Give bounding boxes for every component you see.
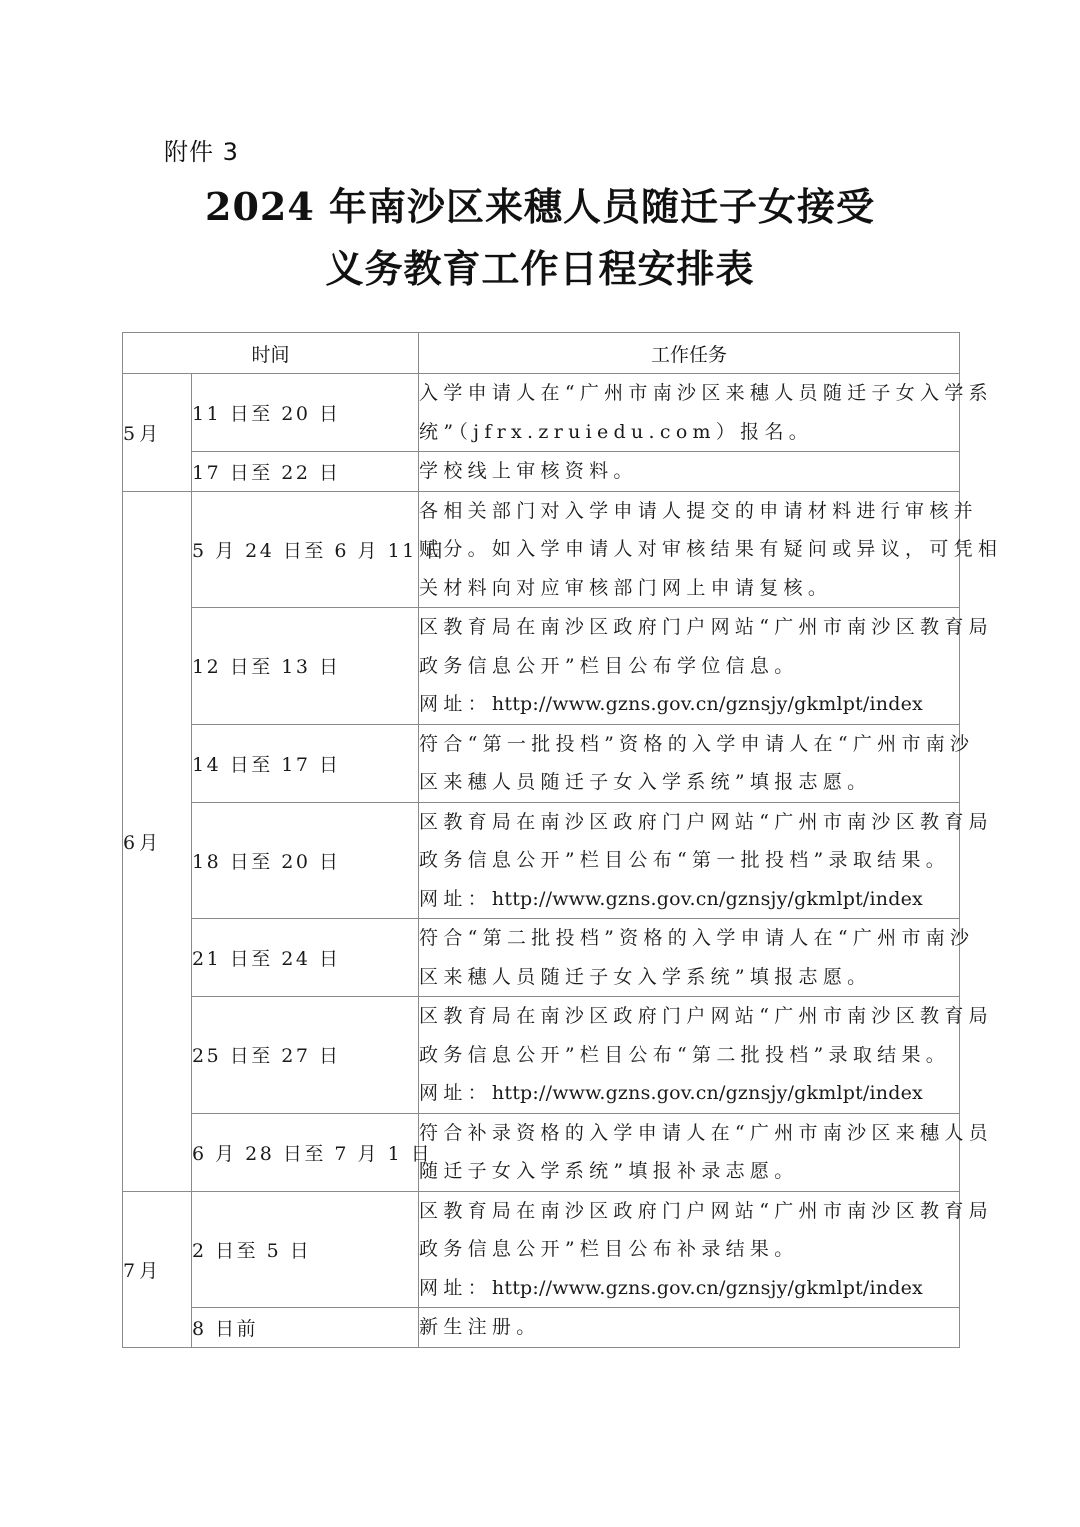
- table-row: 14 日至 17 日 符合“第一批投档”资格的入学申请人在“广州市南沙 区来穗人…: [123, 724, 960, 802]
- date-cell: 25 日至 27 日: [192, 997, 419, 1114]
- url-link[interactable]: http://www.gzns.gov.cn/gznsjy/gkmlpt/ind…: [492, 693, 923, 715]
- url-label: 网址：: [419, 888, 492, 910]
- url-label: 网址：: [419, 1082, 492, 1104]
- task-line: 符合补录资格的入学申请人在“广州市南沙区来穗人员: [419, 1114, 959, 1153]
- task-line: 统”（jfrx.zruiedu.com）报名。: [419, 413, 959, 452]
- date-cell: 11 日至 20 日: [192, 374, 419, 452]
- document-title-line-1: 2024 年南沙区来穗人员随迁子女接受: [0, 176, 1080, 231]
- task-line: 入学申请人在“广州市南沙区来穗人员随迁子女入学系: [419, 374, 959, 413]
- table-row: 6月 5 月 24 日至 6 月 11 日 各相关部门对入学申请人提交的申请材料…: [123, 491, 960, 608]
- task-cell: 区教育局在南沙区政府门户网站“广州市南沙区教育局 政务信息公开”栏目公布“第一批…: [419, 802, 960, 919]
- task-line: 符合“第一批投档”资格的入学申请人在“广州市南沙: [419, 725, 959, 764]
- task-cell: 符合“第一批投档”资格的入学申请人在“广州市南沙 区来穗人员随迁子女入学系统”填…: [419, 724, 960, 802]
- task-line: 新生注册。: [419, 1308, 959, 1347]
- table-header-row: 时间 工作任务: [123, 333, 960, 374]
- url-label: 网址：: [419, 1277, 492, 1299]
- task-line: 各相关部门对入学申请人提交的申请材料进行审核并: [419, 492, 959, 531]
- url-line: 网址：http://www.gzns.gov.cn/gznsjy/gkmlpt/…: [419, 1074, 959, 1113]
- task-line: 关材料向对应审核部门网上申请复核。: [419, 569, 959, 608]
- document-title-line-2: 义务教育工作日程安排表: [0, 238, 1080, 293]
- schedule-table: 时间 工作任务 5月 11 日至 20 日 入学申请人在“广州市南沙区来穗人员随…: [122, 332, 960, 1348]
- task-cell: 入学申请人在“广州市南沙区来穗人员随迁子女入学系 统”（jfrx.zruiedu…: [419, 374, 960, 452]
- url-line: 网址：http://www.gzns.gov.cn/gznsjy/gkmlpt/…: [419, 685, 959, 724]
- task-line: 随迁子女入学系统”填报补录志愿。: [419, 1152, 959, 1191]
- task-line: 政务信息公开”栏目公布补录结果。: [419, 1230, 959, 1269]
- task-cell: 符合补录资格的入学申请人在“广州市南沙区来穗人员 随迁子女入学系统”填报补录志愿…: [419, 1113, 960, 1191]
- month-cell: 7月: [123, 1191, 192, 1347]
- column-header-time: 时间: [123, 333, 419, 374]
- table-row: 8 日前 新生注册。: [123, 1308, 960, 1348]
- table-row: 17 日至 22 日 学校线上审核资料。: [123, 452, 960, 492]
- date-cell: 18 日至 20 日: [192, 802, 419, 919]
- table-row: 25 日至 27 日 区教育局在南沙区政府门户网站“广州市南沙区教育局 政务信息…: [123, 997, 960, 1114]
- date-cell: 2 日至 5 日: [192, 1191, 419, 1308]
- table-row: 12 日至 13 日 区教育局在南沙区政府门户网站“广州市南沙区教育局 政务信息…: [123, 608, 960, 725]
- task-cell: 区教育局在南沙区政府门户网站“广州市南沙区教育局 政务信息公开”栏目公布“第二批…: [419, 997, 960, 1114]
- task-line: 区来穗人员随迁子女入学系统”填报志愿。: [419, 763, 959, 802]
- task-line: 区教育局在南沙区政府门户网站“广州市南沙区教育局: [419, 997, 959, 1036]
- date-cell: 17 日至 22 日: [192, 452, 419, 492]
- task-cell: 区教育局在南沙区政府门户网站“广州市南沙区教育局 政务信息公开”栏目公布补录结果…: [419, 1191, 960, 1308]
- task-line: 符合“第二批投档”资格的入学申请人在“广州市南沙: [419, 919, 959, 958]
- date-cell: 5 月 24 日至 6 月 11 日: [192, 491, 419, 608]
- task-cell: 区教育局在南沙区政府门户网站“广州市南沙区教育局 政务信息公开”栏目公布学位信息…: [419, 608, 960, 725]
- task-line: 政务信息公开”栏目公布学位信息。: [419, 647, 959, 686]
- table-row: 5月 11 日至 20 日 入学申请人在“广州市南沙区来穗人员随迁子女入学系 统…: [123, 374, 960, 452]
- task-line: 政务信息公开”栏目公布“第二批投档”录取结果。: [419, 1036, 959, 1075]
- task-line: 区来穗人员随迁子女入学系统”填报志愿。: [419, 958, 959, 997]
- date-cell: 14 日至 17 日: [192, 724, 419, 802]
- date-cell: 8 日前: [192, 1308, 419, 1348]
- task-cell: 符合“第二批投档”资格的入学申请人在“广州市南沙 区来穗人员随迁子女入学系统”填…: [419, 919, 960, 997]
- url-link[interactable]: http://www.gzns.gov.cn/gznsjy/gkmlpt/ind…: [492, 888, 923, 910]
- attachment-label: 附件 3: [164, 132, 239, 167]
- url-link[interactable]: http://www.gzns.gov.cn/gznsjy/gkmlpt/ind…: [492, 1082, 923, 1104]
- task-cell: 各相关部门对入学申请人提交的申请材料进行审核并 赋分。如入学申请人对审核结果有疑…: [419, 491, 960, 608]
- table-row: 6 月 28 日至 7 月 1 日 符合补录资格的入学申请人在“广州市南沙区来穗…: [123, 1113, 960, 1191]
- table-row: 18 日至 20 日 区教育局在南沙区政府门户网站“广州市南沙区教育局 政务信息…: [123, 802, 960, 919]
- table-row: 7月 2 日至 5 日 区教育局在南沙区政府门户网站“广州市南沙区教育局 政务信…: [123, 1191, 960, 1308]
- task-cell: 学校线上审核资料。: [419, 452, 960, 492]
- task-line: 学校线上审核资料。: [419, 452, 959, 491]
- date-cell: 12 日至 13 日: [192, 608, 419, 725]
- url-label: 网址：: [419, 693, 492, 715]
- month-cell: 6月: [123, 491, 192, 1191]
- url-link[interactable]: http://www.gzns.gov.cn/gznsjy/gkmlpt/ind…: [492, 1277, 923, 1299]
- month-cell: 5月: [123, 374, 192, 492]
- url-line: 网址：http://www.gzns.gov.cn/gznsjy/gkmlpt/…: [419, 1269, 959, 1308]
- task-cell: 新生注册。: [419, 1308, 960, 1348]
- task-line: 区教育局在南沙区政府门户网站“广州市南沙区教育局: [419, 803, 959, 842]
- task-line: 政务信息公开”栏目公布“第一批投档”录取结果。: [419, 841, 959, 880]
- task-line: 赋分。如入学申请人对审核结果有疑问或异议，可凭相: [419, 530, 959, 569]
- date-cell: 6 月 28 日至 7 月 1 日: [192, 1113, 419, 1191]
- column-header-task: 工作任务: [419, 333, 960, 374]
- date-cell: 21 日至 24 日: [192, 919, 419, 997]
- task-line: 区教育局在南沙区政府门户网站“广州市南沙区教育局: [419, 1192, 959, 1231]
- url-line: 网址：http://www.gzns.gov.cn/gznsjy/gkmlpt/…: [419, 880, 959, 919]
- task-line: 区教育局在南沙区政府门户网站“广州市南沙区教育局: [419, 608, 959, 647]
- table-row: 21 日至 24 日 符合“第二批投档”资格的入学申请人在“广州市南沙 区来穗人…: [123, 919, 960, 997]
